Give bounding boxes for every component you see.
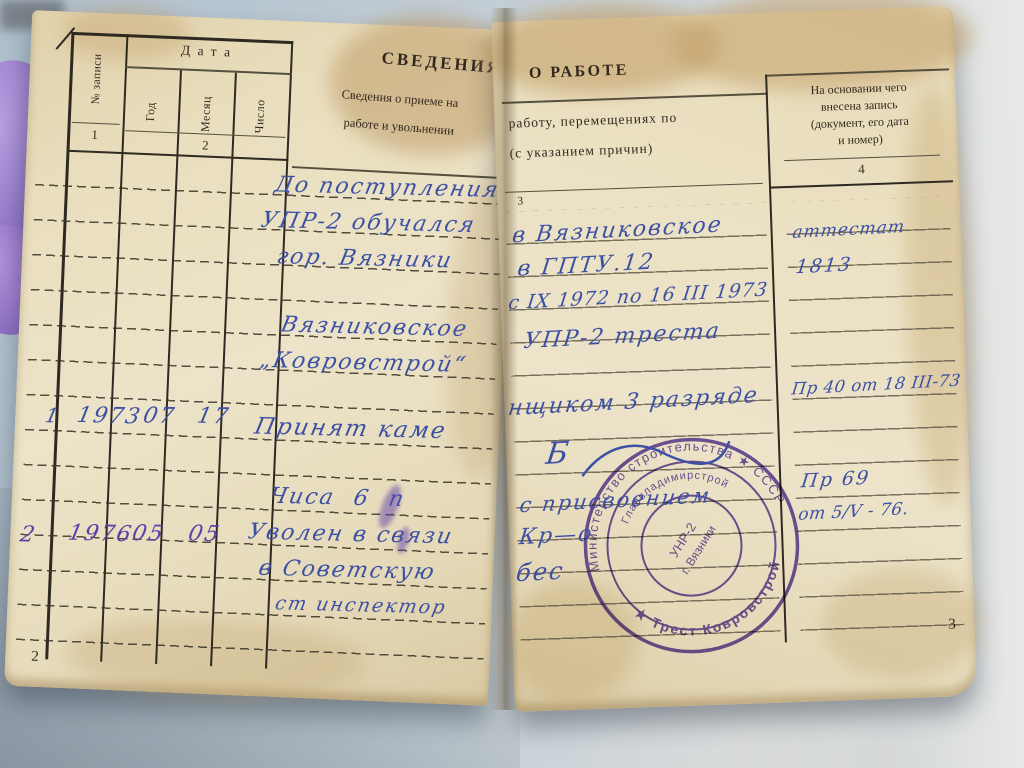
record-no-label: № записи [90, 53, 104, 104]
month-label: Месяц [197, 95, 213, 132]
right-page: О РАБОТЕ работу, перемещениях по (с указ… [491, 6, 977, 712]
hw-row2-year: 1976 [66, 521, 135, 547]
photo-of-work-record-book: № записи Дата Год Месяц Число СВЕДЕНИЯ С… [0, 0, 1024, 768]
table-hline [72, 122, 120, 125]
hw-row1-day: 17 [195, 404, 232, 430]
table-hline [505, 183, 763, 193]
hw-ref: 1813 [794, 253, 853, 278]
hw-entry: УПР-2 обучался [259, 208, 478, 238]
col-number-1: 1 [67, 126, 123, 144]
hw-entry: гор. Вязники [274, 244, 455, 273]
signature-flourish [578, 434, 734, 481]
page-number-left: 2 [31, 649, 39, 666]
col3-header-line1: работу, перемещениях по [508, 110, 677, 132]
col3-header-line2: (с указанием причин) [509, 141, 653, 162]
col-header-record-no: № записи [68, 36, 126, 122]
table-hline [502, 93, 768, 104]
hw-row1-month: 07 [141, 404, 178, 430]
hw-entry: Вязниковское [279, 313, 471, 342]
hw-row2-line3: ст инспектор [273, 592, 448, 618]
hw-row1-text: Принят каме [252, 414, 449, 444]
hw-entry: Кр—о [517, 521, 595, 550]
left-page: № записи Дата Год Месяц Число СВЕДЕНИЯ С… [4, 10, 516, 706]
work-title: О РАБОТЕ [529, 61, 630, 82]
hw-row2-line1: Уволен в связи [246, 520, 456, 550]
hw-row2-month: 05 [130, 521, 167, 547]
hw-entry: „Ковровстрой“ [257, 348, 469, 378]
hw-entry: бес [515, 557, 567, 588]
hw-row1-year: 1973 [75, 403, 144, 429]
page-number-right: 3 [948, 616, 956, 633]
year-label: Год [143, 101, 159, 121]
hw-row2-day: 05 [186, 522, 223, 548]
book-fold [490, 8, 518, 710]
hw-signature: Б [544, 435, 572, 471]
hw-row2-line2: в Советскую [256, 556, 438, 585]
day-label: Число [252, 98, 268, 133]
col-number-3: 3 [517, 195, 523, 207]
hw-ref: Пр 69 [800, 467, 872, 493]
